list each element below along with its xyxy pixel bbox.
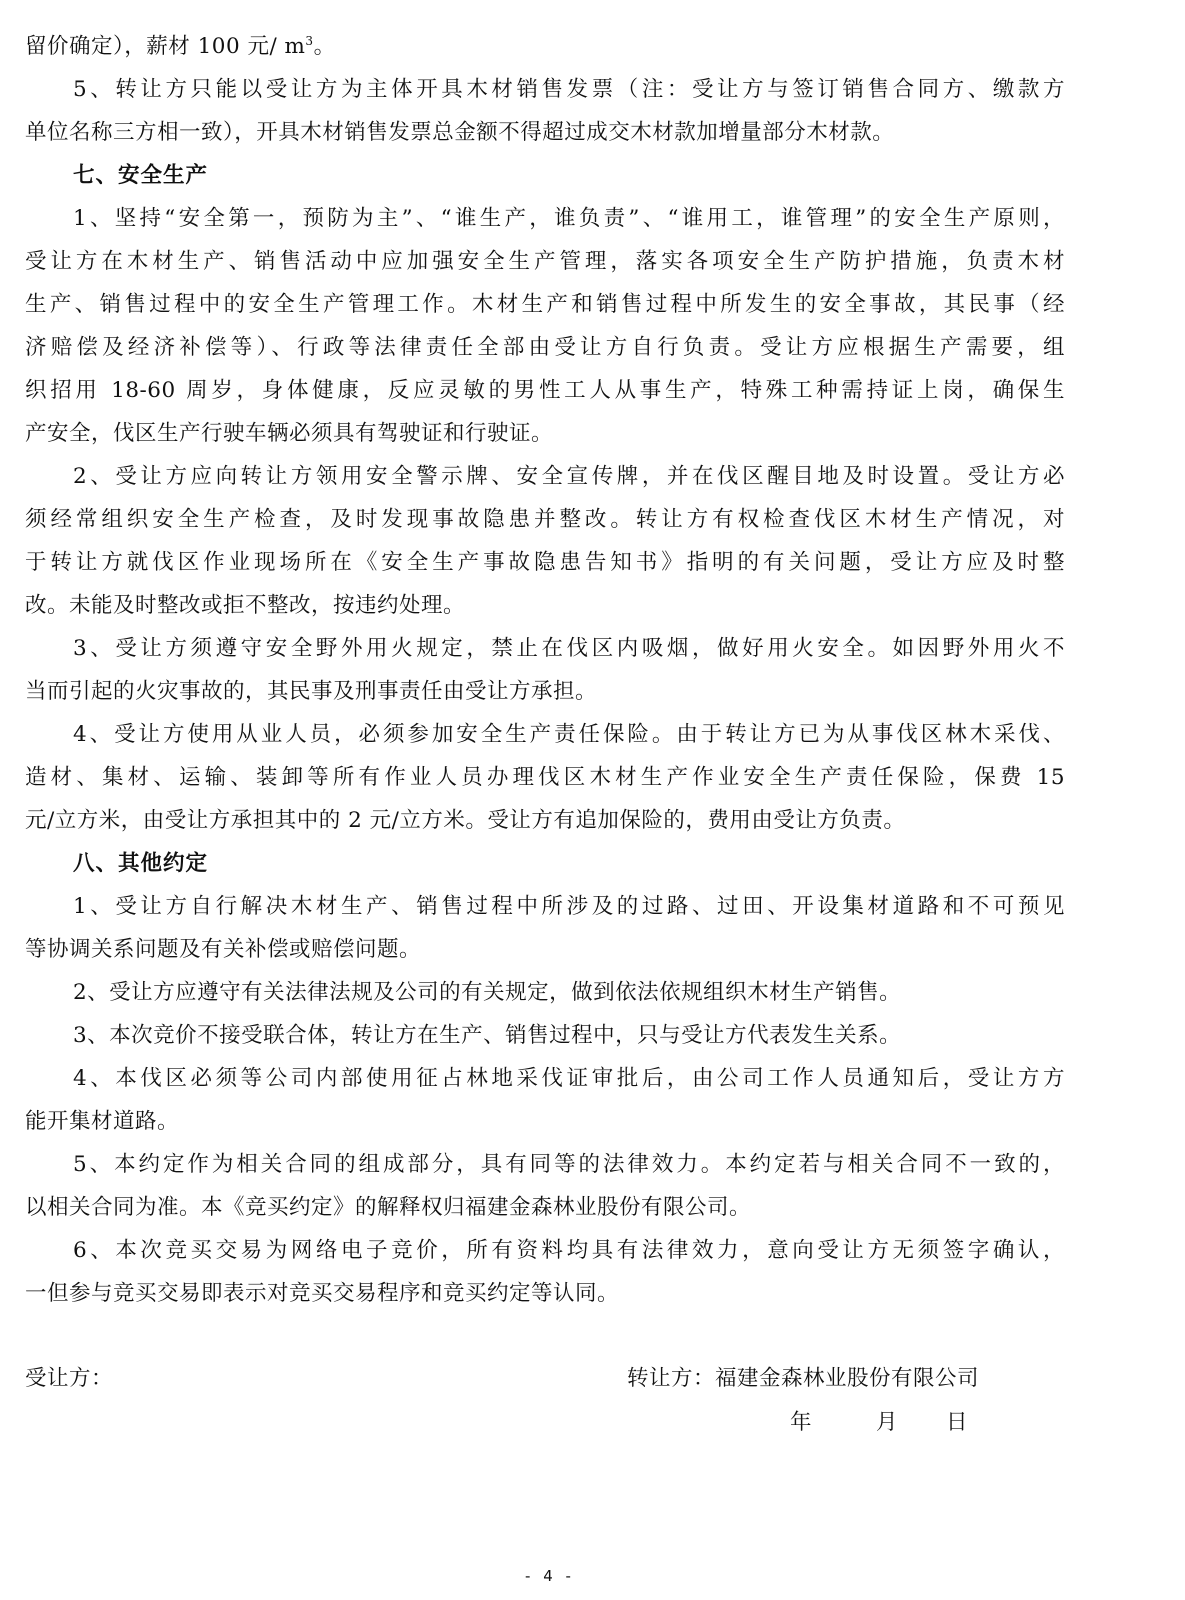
paragraph-8-1-line-1: 1、受让方自行解决木材生产、销售过程中所涉及的过路、过田、开设集材道路和不可预见 [73,890,1065,924]
paragraph-8-5-line-1: 5、本约定作为相关合同的组成部分，具有同等的法律效力。本约定若与相关合同不一致的… [73,1148,1065,1182]
paragraph-7-2-line-1: 2、受让方应向转让方领用安全警示牌、安全宣传牌，并在伐区醒目地及时设置。受让方必 [73,460,1065,494]
paragraph-7-2-line-2: 须经常组织安全生产检查，及时发现事故隐患并整改。转让方有权检查伐区木材生产情况，… [25,503,1065,537]
transferee-signature-label: 受让方： [25,1362,113,1396]
paragraph-6-5-line-2: 单位名称三方相一致），开具木材销售发票总金额不得超过成交木材款加增量部分木材款。 [25,116,1065,150]
continuation-period: 。 [314,34,336,59]
paragraph-7-2-line-4: 改。未能及时整改或拒不整改，按违约处理。 [25,589,1065,623]
paragraph-8-6-line-1: 6、本次竞买交易为网络电子竞价，所有资料均具有法律效力，意向受让方无须签字确认， [73,1234,1065,1268]
paragraph-7-3-line-1: 3、受让方须遵守安全野外用火规定，禁止在伐区内吸烟，做好用火安全。如因野外用火不 [73,632,1065,666]
section-8-heading: 八、其他约定 [73,847,208,881]
paragraph-7-1-line-2: 受让方在木材生产、销售活动中应加强安全生产管理，落实各项安全生产防护措施，负责木… [25,245,1065,279]
document-page: 留价确定），薪材 100 元/ m3。 5、转让方只能以受让方为主体开具木材销售… [0,0,1185,1600]
paragraph-7-1-line-3: 生产、销售过程中的安全生产管理工作。木材生产和销售过程中所发生的安全事故，其民事… [25,288,1065,322]
paragraph-7-1-line-1: 1、坚持“安全第一，预防为主”、“谁生产，谁负责”、“谁用工，谁管理”的安全生产… [73,202,1065,236]
paragraph-8-4-line-2: 能开集材道路。 [25,1105,1065,1139]
date-day-label: 日 [946,1406,968,1440]
paragraph-7-4-line-2: 造材、集材、运输、装卸等所有作业人员办理伐区木材生产作业安全生产责任保险，保费 … [25,761,1065,795]
paragraph-7-1-line-4: 济赔偿及经济补偿等）、行政等法律责任全部由受让方自行负责。受让方应根据生产需要，… [25,331,1065,365]
paragraph-7-3-line-2: 当而引起的火灾事故的，其民事及刑事责任由受让方承担。 [25,675,1065,709]
page-number: - 4 - [0,1567,1100,1585]
date-month-label: 月 [876,1406,946,1440]
paragraph-7-4-line-1: 4、受让方使用从业人员，必须参加安全生产责任保险。由于转让方已为从事伐区林木采伐… [73,718,1065,752]
section-7-heading: 七、安全生产 [73,159,208,193]
signature-date: 年月日 [790,1406,968,1440]
paragraph-8-1-line-2: 等协调关系问题及有关补偿或赔偿问题。 [25,933,1065,967]
paragraph-8-2-line-1: 2、受让方应遵守有关法律法规及公司的有关规定，做到依法依规组织木材生产销售。 [73,976,1065,1010]
superscript-3: 3 [305,34,313,48]
paragraph-7-1-line-5: 织招用 18-60 周岁，身体健康，反应灵敏的男性工人从事生产，特殊工种需持证上… [25,374,1065,408]
paragraph-8-5-line-2: 以相关合同为准。本《竞买约定》的解释权归福建金森林业股份有限公司。 [25,1191,1065,1225]
paragraph-7-2-line-3: 于转让方就伐区作业现场所在《安全生产事故隐患告知书》指明的有关问题，受让方应及时… [25,546,1065,580]
paragraph-7-4-line-3: 元/立方米，由受让方承担其中的 2 元/立方米。受让方有追加保险的，费用由受让方… [25,804,1065,838]
transferor-signature-label: 转让方：福建金森林业股份有限公司 [627,1362,979,1396]
continuation-line: 留价确定），薪材 100 元/ m3。 [25,30,1065,64]
paragraph-7-1-line-6: 产安全，伐区生产行驶车辆必须具有驾驶证和行驶证。 [25,417,1065,451]
date-year-label: 年 [790,1406,876,1440]
paragraph-8-3-line-1: 3、本次竞价不接受联合体，转让方在生产、销售过程中，只与受让方代表发生关系。 [73,1019,1065,1053]
continuation-text: 留价确定），薪材 100 元/ m [25,34,305,59]
paragraph-8-4-line-1: 4、本伐区必须等公司内部使用征占林地采伐证审批后，由公司工作人员通知后，受让方方 [73,1062,1065,1096]
paragraph-6-5-line-1: 5、转让方只能以受让方为主体开具木材销售发票（注：受让方与签订销售合同方、缴款方 [73,73,1065,107]
paragraph-8-6-line-2: 一但参与竞买交易即表示对竞买交易程序和竞买约定等认同。 [25,1277,1065,1311]
